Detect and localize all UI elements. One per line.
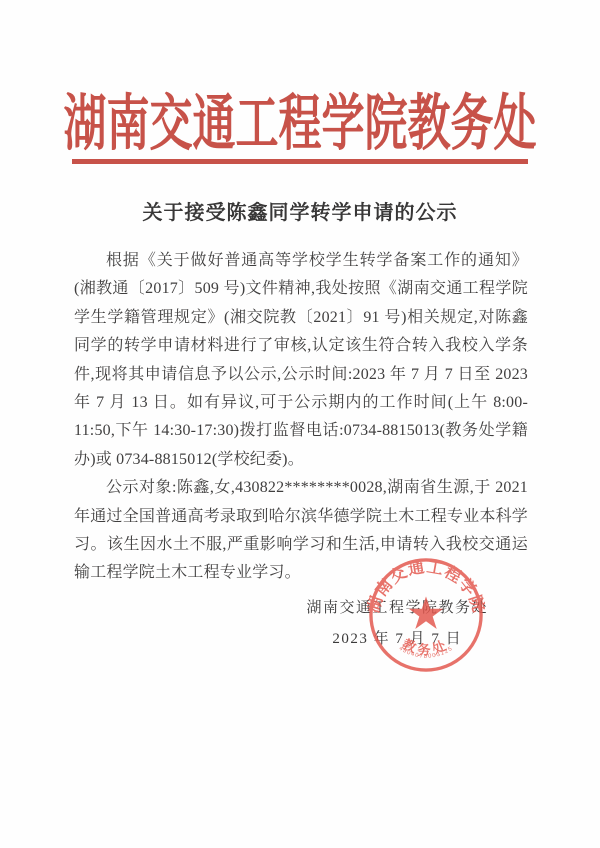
signature-block: 湖南交通工程学院教务处 2023 年 7 月 7 日	[306, 593, 488, 655]
notice-paragraph: 根据《关于做好普通高等学校学生转学备案工作的通知》(湘教通〔2017〕509 号…	[74, 247, 528, 474]
scanned-notice-page: 湖南交通工程学院教务处 关于接受陈鑫同学转学申请的公示 根据《关于做好普通高等学…	[0, 0, 600, 848]
letterhead-divider	[72, 159, 528, 164]
notice-title: 关于接受陈鑫同学转学申请的公示	[0, 196, 600, 225]
signature-date: 2023 年 7 月 7 日	[306, 624, 488, 655]
letterhead-org-name: 湖南交通工程学院教务处	[64, 76, 537, 163]
letterhead: 湖南交通工程学院教务处	[0, 76, 600, 137]
notice-paragraph: 公示对象:陈鑫,女,430822********0028,湖南省生源,于 202…	[74, 474, 528, 588]
notice-body: 根据《关于做好普通高等学校学生转学备案工作的通知》(湘教通〔2017〕509 号…	[74, 247, 528, 588]
signature-org: 湖南交通工程学院教务处	[306, 593, 488, 624]
